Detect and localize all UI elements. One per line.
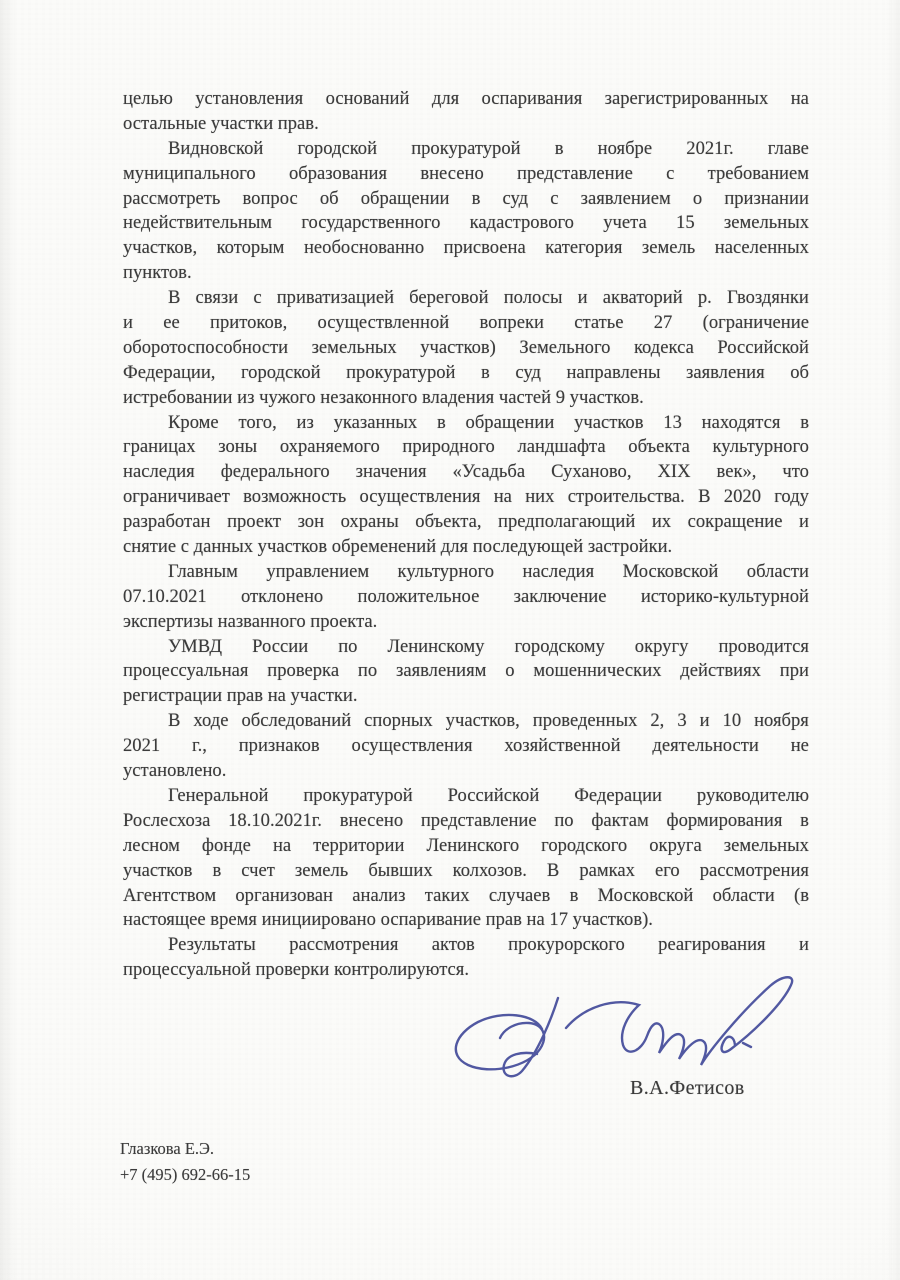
- footer-contact-block: Глазкова Е.Э. +7 (495) 692-66-15: [120, 1136, 250, 1188]
- text-line: УМВДРоссиипоЛенинскомугородскомуокругупр…: [123, 636, 809, 661]
- text-line: остальные участки прав.: [123, 113, 809, 138]
- text-line: Рослесхоза18.10.2021г.внесенопредставлен…: [123, 810, 809, 835]
- text-line: экспертизы названного проекта.: [123, 611, 809, 636]
- signatory-name: В.А.Фетисов: [630, 1077, 800, 1100]
- text-line: лесномфонденатерриторииЛенинскогогородск…: [123, 835, 809, 860]
- text-line: границахзоныохраняемогоприродноголандшаф…: [123, 436, 809, 461]
- text-line: разработанпроектзонохраныобъекта,предпол…: [123, 511, 809, 536]
- text-line: ограничиваетвозможностьосуществлениянани…: [123, 486, 809, 511]
- text-line: ГлавнымуправлениемкультурногонаследияМос…: [123, 561, 809, 586]
- text-line: Федерации,городскойпрокуратуройвсуднапра…: [123, 362, 809, 387]
- text-line: снятие с данных участков обременений для…: [123, 536, 809, 561]
- text-line: установлено.: [123, 760, 809, 785]
- scanned-document-page: { "document": { "paragraphs": [ { "inden…: [0, 0, 900, 1280]
- text-line: Входеобследованийспорныхучастков,проведе…: [123, 710, 809, 735]
- text-line: пунктов.: [123, 262, 809, 287]
- document-body: цельюустановленияоснованийдляоспаривания…: [123, 88, 809, 984]
- text-line: Агентствоморганизовананализтакихслучаевв…: [123, 885, 809, 910]
- text-line: Крометого,изуказанныхвобращенииучастков1…: [123, 412, 809, 437]
- text-line: муниципальногообразованиявнесенопредстав…: [123, 163, 809, 188]
- text-line: ГенеральнойпрокуратуройРоссийскойФедерац…: [123, 785, 809, 810]
- text-line: 2021г.,признаковосуществленияхозяйственн…: [123, 735, 809, 760]
- text-line: 07.10.2021отклоненоположительноезаключен…: [123, 586, 809, 611]
- text-line: цельюустановленияоснованийдляоспаривания…: [123, 88, 809, 113]
- text-line: процессуальнаяпроверкапозаявлениямомошен…: [123, 660, 809, 685]
- text-line: истребовании из чужого незаконного владе…: [123, 387, 809, 412]
- text-line: недействительнымгосударственногокадастро…: [123, 212, 809, 237]
- text-line: участков,которымнеобоснованноприсвоенака…: [123, 237, 809, 262]
- contact-phone: +7 (495) 692-66-15: [120, 1162, 250, 1188]
- contact-name: Глазкова Е.Э.: [120, 1136, 250, 1162]
- text-line: участковвсчетземельбывшихколхозов.Врамка…: [123, 860, 809, 885]
- text-line: Результатырассмотренияактовпрокурорского…: [123, 934, 809, 959]
- text-line: Всвязисприватизациейбереговойполосыиаква…: [123, 287, 809, 312]
- text-line: оборотоспособностиземельныхучастков)Земе…: [123, 337, 809, 362]
- text-line: рассмотретьвопрособобращениивсудсзаявлен…: [123, 188, 809, 213]
- text-line: наследияфедеральногозначения«УсадьбаСуха…: [123, 461, 809, 486]
- text-line: Видновскойгородскойпрокуратуройвноябре20…: [123, 138, 809, 163]
- handwritten-signature-icon: [438, 972, 810, 1090]
- text-line: иеепритоков,осуществленнойвопрекистатье2…: [123, 312, 809, 337]
- text-line: регистрации прав на участки.: [123, 685, 809, 710]
- text-line: настоящее время инициировано оспаривание…: [123, 909, 809, 934]
